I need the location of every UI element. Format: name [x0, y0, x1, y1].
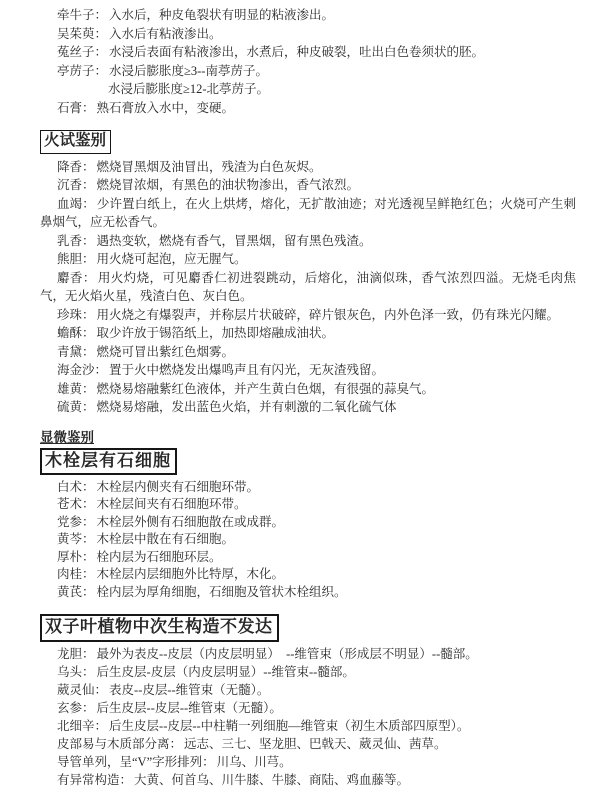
fire-test-section-title: 火试鉴别	[40, 130, 111, 154]
entry-text: 水浸后膨胀度≥3--南葶苈子。	[109, 64, 268, 78]
entry-line: 黄芩：木栓层中散在有石细胞。	[40, 531, 576, 549]
entry-line: 降香：燃烧冒黑烟及油冒出，残渣为白色灰烬。	[40, 158, 576, 177]
colon: ：	[95, 683, 108, 697]
entry-line: 龙胆：最外为表皮--皮层（内皮层明显） --维管束（形成层不明显）--髓部。	[40, 645, 576, 663]
entry-text: 后生皮层--皮层--维管束（无髓）。	[97, 701, 282, 715]
entry-text: 燃烧易熔融紫红色液体，并产生黄白色烟，有很强的蒜臭气。	[97, 382, 435, 396]
entry-text: 栓内层为石细胞环层。	[97, 550, 222, 564]
entry-line: 青黛：燃烧可冒出紫红色烟雾。	[40, 343, 576, 362]
colon: ：	[202, 755, 215, 769]
entry-line: 有异常构造：大黄、何首乌、川牛膝、牛膝、商陆、鸡血藤等。	[40, 771, 576, 789]
entry-line: 肉桂：木栓层内层细胞外比特厚，木化。	[40, 566, 576, 584]
entry-line: 珍珠：用火烧之有爆裂声，并称层片状破碎，碎片银灰色，内外色泽一致，仍有珠光闪耀。	[40, 306, 576, 325]
entry-text: 燃烧易熔融，发出蓝色火焰，并有刺激的二氧化硫气体	[97, 400, 397, 414]
colon: ：	[82, 234, 95, 248]
entry-text: 远志、三七、坚龙胆、巴戟天、葳灵仙、茜草。	[184, 737, 447, 751]
document-page: 牵牛子：入水后，种皮龟裂状有明显的粘液渗出。 吴茱萸：入水后有粘液渗出。 菟丝子…	[0, 0, 600, 789]
colon: ：	[82, 665, 95, 679]
colon: ：	[82, 515, 95, 529]
entry-line: 苍术：木栓层间夹有石细胞环带。	[40, 496, 576, 514]
entry-line: 菟丝子：水浸后表面有粘液渗出，水煮后，种皮破裂，吐出白色卷须状的胚。	[40, 43, 576, 62]
entry-text: 木栓层间夹有石细胞环带。	[97, 497, 247, 511]
colon: ：	[82, 308, 95, 322]
entry-line: 白术：木栓层内侧夹有石细胞环带。	[40, 479, 576, 497]
colon: ：	[82, 647, 95, 661]
entry-text: 最外为表皮--皮层（内皮层明显） --维管束（形成层不明显）--髓部。	[97, 647, 478, 661]
entry-text: 取少许放于锡箔纸上，加热即熔融成油状。	[97, 326, 335, 340]
entry-term: 血竭	[57, 197, 82, 211]
entry-text: 大黄、何首乌、川牛膝、牛膝、商陆、鸡血藤等。	[134, 773, 409, 787]
cork-section-title: 木栓层有石细胞	[40, 448, 177, 475]
entry-line: 熊胆：用火烧可起泡，应无腥气。	[40, 250, 576, 269]
entry-line: 党参：木栓层外侧有石细胞散在或成群。	[40, 514, 576, 532]
entry-term: 玄参	[57, 701, 82, 715]
colon: ：	[83, 271, 96, 285]
entry-term: 硫黄	[57, 400, 82, 414]
entry-term: 蟾酥	[57, 326, 82, 340]
entry-text: 后生皮层--皮层--中柱鞘一列细胞—维管束（初生木质部四原型）。	[109, 719, 469, 733]
entry-line: 蟾酥：取少许放于锡箔纸上，加热即熔融成油状。	[40, 324, 576, 343]
dicot-structure-section: 双子叶植物中次生构造不发达 龙胆：最外为表皮--皮层（内皮层明显） --维管束（…	[40, 614, 576, 788]
entry-line: 雄黄：燃烧易熔融紫红色液体，并产生黄白色烟，有很强的蒜臭气。	[40, 380, 576, 399]
entry-line: 导管单列，呈“V”字形排列：川乌、川芎。	[40, 753, 576, 771]
colon: ：	[95, 27, 108, 41]
entry-term: 海金沙	[57, 363, 95, 377]
entry-text: 用火烧可起泡，应无腥气。	[97, 252, 247, 266]
entry-text: 熟石膏放入水中，变硬。	[97, 101, 235, 115]
entry-line: 皮部易与木质部分离：远志、三七、坚龙胆、巴戟天、葳灵仙、茜草。	[40, 735, 576, 753]
entry-term: 黄芩	[57, 532, 82, 546]
entry-text: 少许置白纸上，在火上烘烤，熔化，无扩散油迹；对光透视呈鲜艳红色；火烧可产生刺鼻烟…	[40, 197, 576, 230]
entry-term: 苍术	[57, 497, 82, 511]
entry-line: 石膏：熟石膏放入水中，变硬。	[40, 99, 576, 118]
entry-text: 燃烧冒浓烟，有黑色的油状物渗出，香气浓烈。	[97, 178, 360, 192]
colon: ：	[170, 737, 183, 751]
colon: ：	[82, 178, 95, 192]
entry-term: 皮部易与木质部分离	[57, 737, 170, 751]
entry-line: 海金沙：置于火中燃烧发出爆鸣声且有闪光，无灰渣残留。	[40, 361, 576, 380]
entry-term: 导管单列，呈“V”字形排列	[57, 755, 202, 769]
colon: ：	[82, 345, 95, 359]
entry-text: 木栓层中散在有石细胞。	[97, 532, 235, 546]
colon: ：	[95, 363, 108, 377]
entry-term: 乌头	[57, 665, 82, 679]
dicot-title-row: 双子叶植物中次生构造不发达	[40, 614, 576, 641]
entry-text: 用火烧之有爆裂声，并称层片状破碎，碎片银灰色，内外色泽一致，仍有珠光闪耀。	[97, 308, 560, 322]
entry-line: 厚朴：栓内层为石细胞环层。	[40, 549, 576, 567]
entry-line: 吴茱萸：入水后有粘液渗出。	[40, 25, 576, 44]
entry-line: 牵牛子：入水后，种皮龟裂状有明显的粘液渗出。	[40, 6, 576, 25]
entry-line: 亭苈子：水浸后膨胀度≥3--南葶苈子。	[40, 62, 576, 81]
colon: ：	[82, 382, 95, 396]
colon: ：	[82, 532, 95, 546]
entry-text: 木栓层内侧夹有石细胞环带。	[97, 480, 260, 494]
entry-text: 用火灼烧，可见麝香仁初进裂跳动，后熔化，油滴似珠，香气浓烈四溢。无烧毛肉焦气，无…	[40, 271, 576, 304]
colon: ：	[82, 197, 95, 211]
entry-term: 白术	[57, 480, 82, 494]
colon: ：	[82, 567, 95, 581]
entry-term: 珍珠	[57, 308, 82, 322]
entry-text: 木栓层内层细胞外比特厚，木化。	[97, 567, 285, 581]
colon: ：	[95, 45, 108, 59]
entry-term: 党参	[57, 515, 82, 529]
entry-line: 硫黄：燃烧易熔融，发出蓝色火焰，并有刺激的二氧化硫气体	[40, 398, 576, 417]
entry-text: 入水后，种皮龟裂状有明显的粘液渗出。	[109, 8, 334, 22]
entry-term: 石膏	[57, 101, 82, 115]
entry-term: 龙胆	[57, 647, 82, 661]
colon: ：	[82, 585, 95, 599]
fire-test-title-row: 火试鉴别	[40, 130, 576, 154]
entry-term: 麝香	[57, 271, 83, 285]
colon: ：	[82, 550, 95, 564]
entry-term: 黄芪	[57, 585, 82, 599]
colon: ：	[95, 8, 108, 22]
entry-term: 青黛	[57, 345, 82, 359]
entry-term: 熊胆	[57, 252, 82, 266]
entry-line: 葳灵仙：表皮--皮层--维管束（无髓）。	[40, 681, 576, 699]
entry-line: 麝香：用火灼烧，可见麝香仁初进裂跳动，后熔化，油滴似珠，香气浓烈四溢。无烧毛肉焦…	[40, 269, 576, 306]
colon: ：	[82, 497, 95, 511]
entry-text: 入水后有粘液渗出。	[109, 27, 222, 41]
entry-term: 有异常构造	[57, 773, 120, 787]
entry-term: 雄黄	[57, 382, 82, 396]
entry-text: 后生皮层-皮层（内皮层明显）--维管束--髓部。	[97, 665, 355, 679]
entry-text: 遇热变软，燃烧有香气，冒黑烟，留有黑色残渣。	[97, 234, 372, 248]
entry-text: 栓内层为厚角细胞，石细胞及管状木栓组织。	[97, 585, 347, 599]
entry-text: 川乌、川芎。	[217, 755, 292, 769]
dicot-section-title: 双子叶植物中次生构造不发达	[40, 614, 279, 641]
entry-text: 置于火中燃烧发出爆鸣声且有闪光，无灰渣残留。	[109, 363, 384, 377]
entry-line: 乌头：后生皮层-皮层（内皮层明显）--维管束--髓部。	[40, 663, 576, 681]
colon: ：	[82, 480, 95, 494]
colon: ：	[120, 773, 133, 787]
colon: ：	[82, 701, 95, 715]
colon: ：	[95, 64, 108, 78]
entry-term: 乳香	[57, 234, 82, 248]
cork-stone-cell-section: 木栓层有石细胞 白术：木栓层内侧夹有石细胞环带。 苍术：木栓层间夹有石细胞环带。…	[40, 448, 576, 602]
colon: ：	[82, 252, 95, 266]
entry-line: 乳香：遇热变软，燃烧有香气，冒黑烟，留有黑色残渣。	[40, 232, 576, 251]
entry-line: 玄参：后生皮层--皮层--维管束（无髓）。	[40, 699, 576, 717]
entry-term: 牵牛子	[57, 8, 95, 22]
colon: ：	[82, 326, 95, 340]
entry-term: 厚朴	[57, 550, 82, 564]
entry-text: 表皮--皮层--维管束（无髓）。	[109, 683, 269, 697]
entry-line: 黄芪：栓内层为厚角细胞，石细胞及管状木栓组织。	[40, 584, 576, 602]
water-test-section: 牵牛子：入水后，种皮龟裂状有明显的粘液渗出。 吴茱萸：入水后有粘液渗出。 菟丝子…	[40, 6, 576, 117]
microscopic-section-heading: 显微鉴别	[40, 429, 576, 446]
entry-term: 北细辛	[57, 719, 95, 733]
entry-term: 菟丝子	[57, 45, 95, 59]
colon: ：	[82, 160, 95, 174]
colon: ：	[82, 400, 95, 414]
entry-line: 沉香：燃烧冒浓烟，有黑色的油状物渗出，香气浓烈。	[40, 176, 576, 195]
entry-line: 血竭：少许置白纸上，在火上烘烤，熔化，无扩散油迹；对光透视呈鲜艳红色；火烧可产生…	[40, 195, 576, 232]
entry-text: 燃烧冒黑烟及油冒出，残渣为白色灰烬。	[97, 160, 322, 174]
entry-term: 吴茱萸	[57, 27, 95, 41]
fire-test-section: 火试鉴别 降香：燃烧冒黑烟及油冒出，残渣为白色灰烬。 沉香：燃烧冒浓烟，有黑色的…	[40, 130, 576, 417]
entry-text: 木栓层外侧有石细胞散在或成群。	[97, 515, 285, 529]
entry-term: 沉香	[57, 178, 82, 192]
colon: ：	[82, 101, 95, 115]
entry-line: 北细辛：后生皮层--皮层--中柱鞘一列细胞—维管束（初生木质部四原型）。	[40, 717, 576, 735]
entry-term: 葳灵仙	[57, 683, 95, 697]
entry-continuation-line: 水浸后膨胀度≥12-北葶苈子。	[40, 80, 576, 99]
entry-term: 降香	[57, 160, 82, 174]
entry-text: 燃烧可冒出紫红色烟雾。	[97, 345, 235, 359]
entry-text: 水浸后表面有粘液渗出，水煮后，种皮破裂，吐出白色卷须状的胚。	[109, 45, 484, 59]
cork-title-row: 木栓层有石细胞	[40, 448, 576, 475]
entry-term: 肉桂	[57, 567, 82, 581]
colon: ：	[95, 719, 108, 733]
entry-term: 亭苈子	[57, 64, 95, 78]
